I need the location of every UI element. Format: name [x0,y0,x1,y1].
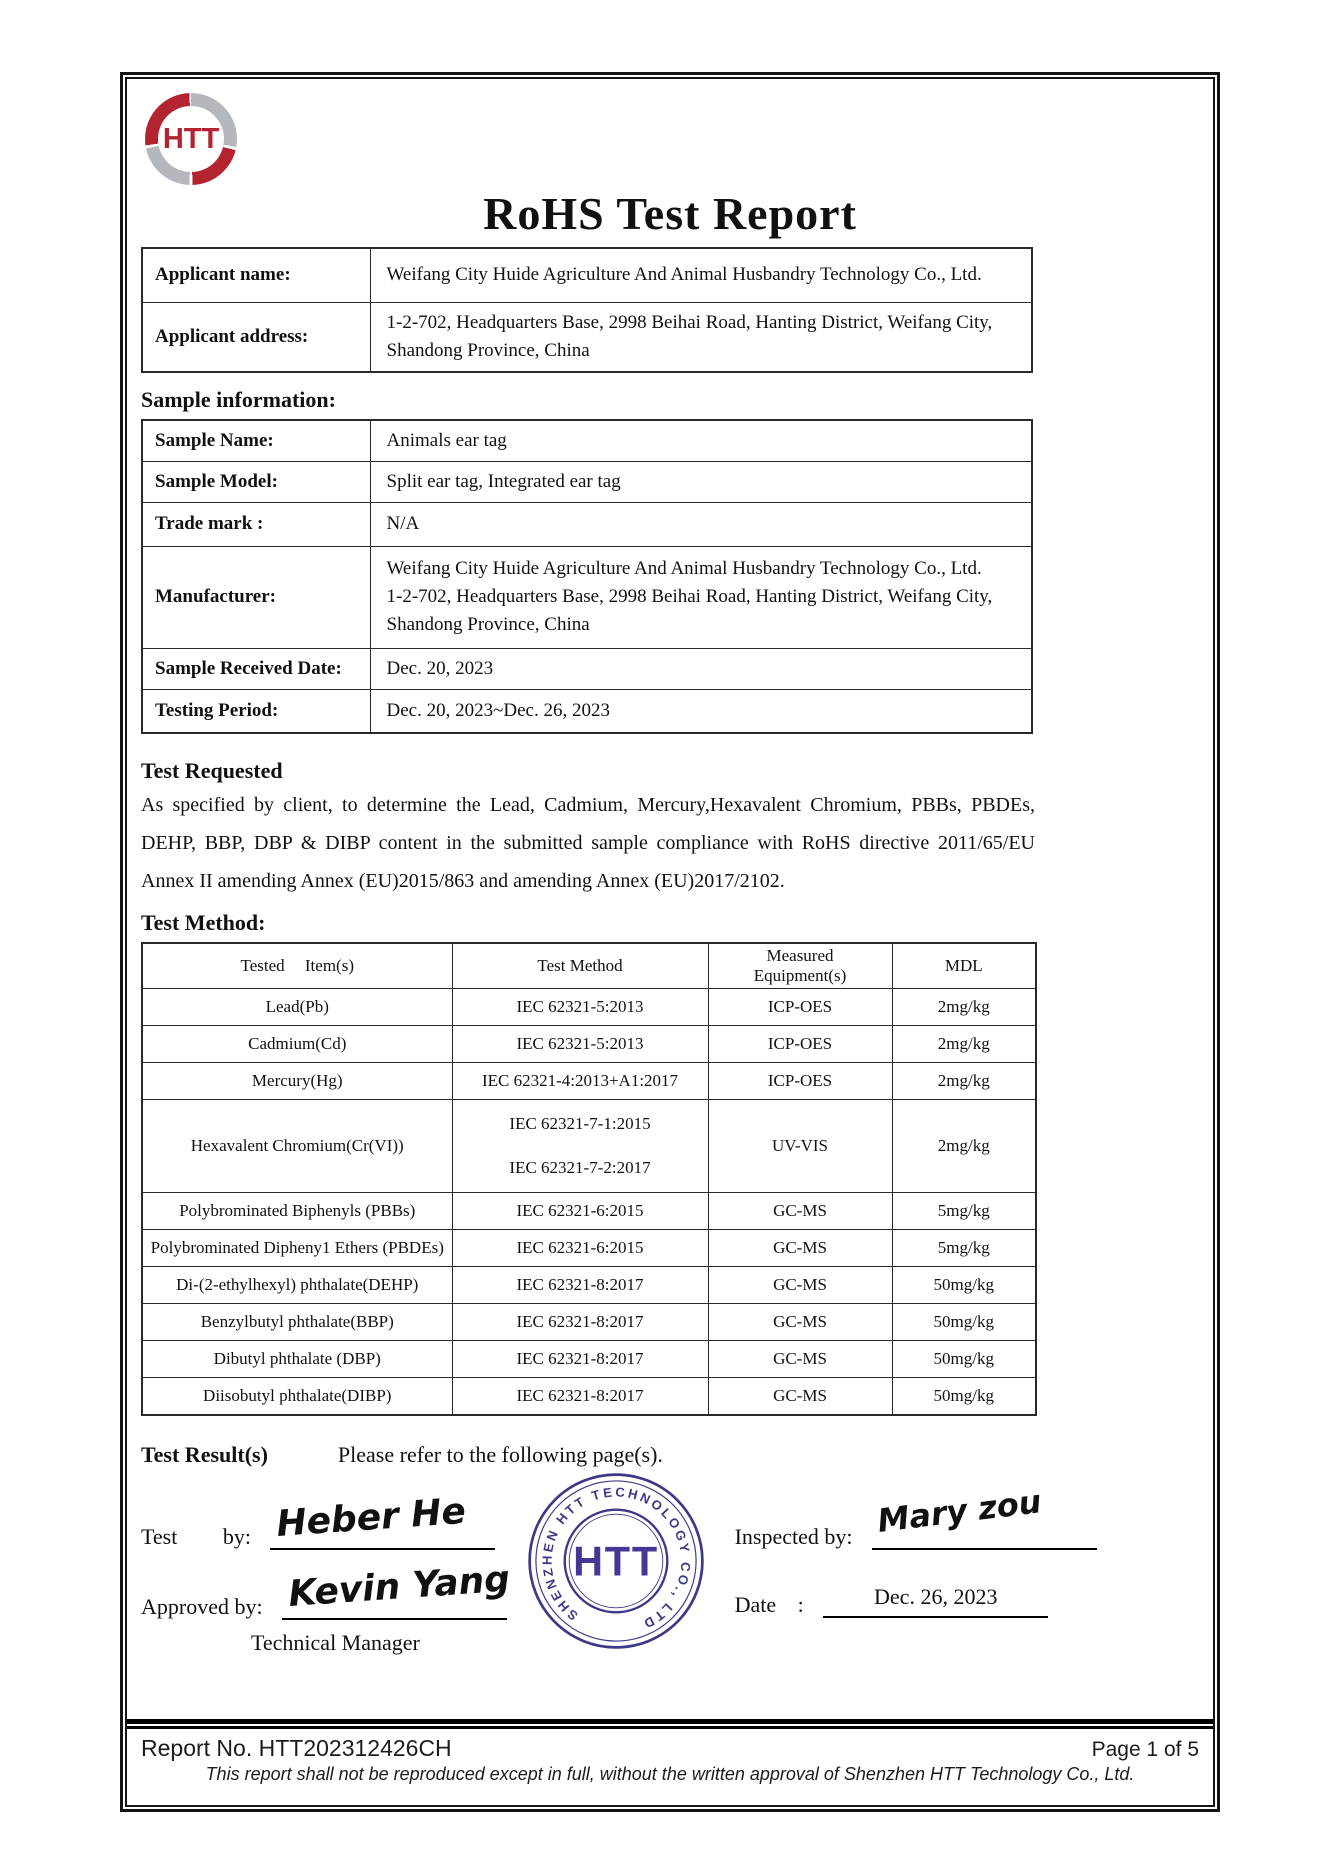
equipment: ICP-OES [708,1063,892,1100]
table-row: Trade mark : N/A [142,502,1032,546]
test-method-line2: IEC 62321-7-2:2017 [455,1146,706,1190]
test-results-heading: Test Result(s) [141,1442,268,1468]
htt-logo-text: HTT [163,123,219,156]
test-method: IEC 62321-4:2013+A1:2017 [452,1063,708,1100]
mdl: 50mg/kg [892,1304,1036,1341]
test-by-signature: Heber He [276,1490,468,1544]
equipment: ICP-OES [708,1026,892,1063]
sample-table: Sample Name: Animals ear tag Sample Mode… [141,419,1033,735]
table-row: Polybrominated Biphenyls (PBBs) IEC 6232… [142,1193,1036,1230]
manufacturer-line1: Weifang City Huide Agriculture And Anima… [387,555,1022,583]
test-by-label: Test by: [141,1524,251,1550]
footer-divider [127,1719,1213,1729]
equipment: GC-MS [708,1193,892,1230]
approved-by-label: Approved by: [141,1594,263,1620]
applicant-table: Applicant name: Weifang City Huide Agric… [141,247,1033,373]
sample-model-value: Split ear tag, Integrated ear tag [370,461,1032,502]
date-label: Date : [735,1592,804,1618]
test-method: IEC 62321-5:2013 [452,989,708,1026]
test-method: IEC 62321-8:2017 [452,1267,708,1304]
sample-name-value: Animals ear tag [370,420,1032,462]
report-number: Report No. HTT202312426CH [141,1735,452,1762]
test-method: IEC 62321-6:2015 [452,1230,708,1267]
table-row: Polybrominated Dipheny1 Ethers (PBDEs) I… [142,1230,1036,1267]
table-row: Cadmium(Cd) IEC 62321-5:2013 ICP-OES 2mg… [142,1026,1036,1063]
table-row: Hexavalent Chromium(Cr(VI)) IEC 62321-7-… [142,1100,1036,1193]
test-method-table: Tested Item(s) Test Method Measured Equi… [141,942,1037,1416]
sample-name-label: Sample Name: [142,420,370,462]
table-row: Testing Period: Dec. 20, 2023~Dec. 26, 2… [142,689,1032,733]
equipment: GC-MS [708,1341,892,1378]
mdl: 50mg/kg [892,1267,1036,1304]
tested-item: Diisobutyl phthalate(DIBP) [142,1378,452,1415]
equipment: ICP-OES [708,989,892,1026]
table-row: Manufacturer: Weifang City Huide Agricul… [142,546,1032,648]
date-row: Date : Dec. 26, 2023 [735,1584,1201,1656]
test-by-signature-line: Heber He [270,1514,495,1550]
test-method: IEC 62321-8:2017 [452,1304,708,1341]
mdl: 50mg/kg [892,1378,1036,1415]
approved-by-signature-line: Kevin Yang [282,1584,507,1620]
test-method: IEC 62321-6:2015 [452,1193,708,1230]
manufacturer-label: Manufacturer: [142,546,370,648]
page-number: Page 1 of 5 [1092,1738,1199,1762]
tested-item: Polybrominated Dipheny1 Ethers (PBDEs) [142,1230,452,1267]
trademark-value: N/A [370,502,1032,546]
report-page: HTT RoHS Test Report Applicant name: Wei… [125,77,1215,1807]
footer-disclaimer: This report shall not be reproduced exce… [141,1764,1199,1785]
sample-received-date-value: Dec. 20, 2023 [370,648,1032,689]
table-row: Mercury(Hg) IEC 62321-4:2013+A1:2017 ICP… [142,1063,1036,1100]
tested-item: Lead(Pb) [142,989,452,1026]
equipment: GC-MS [708,1304,892,1341]
table-row: Sample Name: Animals ear tag [142,420,1032,462]
stamp-center-text: HTT [573,1538,659,1584]
table-row: Diisobutyl phthalate(DIBP) IEC 62321-8:2… [142,1378,1036,1415]
mdl: 2mg/kg [892,989,1036,1026]
table-row: Sample Received Date: Dec. 20, 2023 [142,648,1032,689]
tested-item: Polybrominated Biphenyls (PBBs) [142,1193,452,1230]
applicant-name-label: Applicant name: [142,248,370,302]
equipment: GC-MS [708,1378,892,1415]
mdl: 2mg/kg [892,1026,1036,1063]
inspected-by-signature: Mary zou [875,1482,1043,1540]
inspected-by-signature-line: Mary zou [872,1514,1097,1550]
htt-logo-ring-icon: HTT [158,106,224,172]
htt-logo: HTT [145,93,237,185]
mdl: 50mg/kg [892,1341,1036,1378]
sample-received-date-label: Sample Received Date: [142,648,370,689]
applicant-address-value: 1-2-702, Headquarters Base, 2998 Beihai … [370,302,1032,372]
approved-by-signature: Kevin Yang [287,1558,511,1614]
applicant-address-label: Applicant address: [142,302,370,372]
page-border: HTT RoHS Test Report Applicant name: Wei… [120,72,1220,1812]
table-header-row: Tested Item(s) Test Method Measured Equi… [142,943,1036,989]
company-stamp: SHENZHEN HTT TECHNOLOGY CO., LTD HTT [526,1471,706,1651]
mdl: 2mg/kg [892,1063,1036,1100]
col-test-method: Test Method [452,943,708,989]
sample-model-label: Sample Model: [142,461,370,502]
date-value: Dec. 26, 2023 [823,1584,1048,1618]
inspected-by: Inspected by: Mary zou [735,1514,1201,1550]
manufacturer-value: Weifang City Huide Agriculture And Anima… [370,546,1032,648]
testing-period-label: Testing Period: [142,689,370,733]
applicant-name-value: Weifang City Huide Agriculture And Anima… [370,248,1032,302]
tested-item: Benzylbutyl phthalate(BBP) [142,1304,452,1341]
test-requested-paragraph: As specified by client, to determine the… [141,786,1035,900]
tested-item: Dibutyl phthalate (DBP) [142,1341,452,1378]
equipment: UV-VIS [708,1100,892,1193]
equipment: GC-MS [708,1267,892,1304]
tested-item: Di-(2-ethylhexyl) phthalate(DEHP) [142,1267,452,1304]
table-row: Di-(2-ethylhexyl) phthalate(DEHP) IEC 62… [142,1267,1036,1304]
sample-information-heading: Sample information: [141,387,1201,413]
tested-item: Hexavalent Chromium(Cr(VI)) [142,1100,452,1193]
table-row: Applicant address: 1-2-702, Headquarters… [142,302,1032,372]
equipment: GC-MS [708,1230,892,1267]
table-row: Dibutyl phthalate (DBP) IEC 62321-8:2017… [142,1341,1036,1378]
mdl: 5mg/kg [892,1193,1036,1230]
test-method: IEC 62321-8:2017 [452,1341,708,1378]
inspected-by-label: Inspected by: [735,1524,853,1550]
test-method: IEC 62321-7-1:2015 IEC 62321-7-2:2017 [452,1100,708,1193]
col-measured-equipments: Measured Equipment(s) [708,943,892,989]
table-row: Applicant name: Weifang City Huide Agric… [142,248,1032,302]
test-results-note: Please refer to the following page(s). [338,1442,663,1468]
table-row: Lead(Pb) IEC 62321-5:2013 ICP-OES 2mg/kg [142,989,1036,1026]
mdl: 2mg/kg [892,1100,1036,1193]
test-method-line1: IEC 62321-7-1:2015 [455,1102,706,1146]
col-tested-items: Tested Item(s) [142,943,452,989]
test-method-heading: Test Method: [141,910,1201,936]
tested-item: Cadmium(Cd) [142,1026,452,1063]
col-mdl: MDL [892,943,1036,989]
testing-period-value: Dec. 20, 2023~Dec. 26, 2023 [370,689,1032,733]
trademark-label: Trade mark : [142,502,370,546]
report-footer: Report No. HTT202312426CH Page 1 of 5 Th… [127,1719,1213,1805]
tested-item: Mercury(Hg) [142,1063,452,1100]
test-method: IEC 62321-5:2013 [452,1026,708,1063]
report-title: RoHS Test Report [139,187,1201,247]
table-row: Sample Model: Split ear tag, Integrated … [142,461,1032,502]
test-requested-heading: Test Requested [141,758,1201,784]
test-method: IEC 62321-8:2017 [452,1378,708,1415]
manufacturer-line2: 1-2-702, Headquarters Base, 2998 Beihai … [387,583,1022,639]
table-row: Benzylbutyl phthalate(BBP) IEC 62321-8:2… [142,1304,1036,1341]
mdl: 5mg/kg [892,1230,1036,1267]
